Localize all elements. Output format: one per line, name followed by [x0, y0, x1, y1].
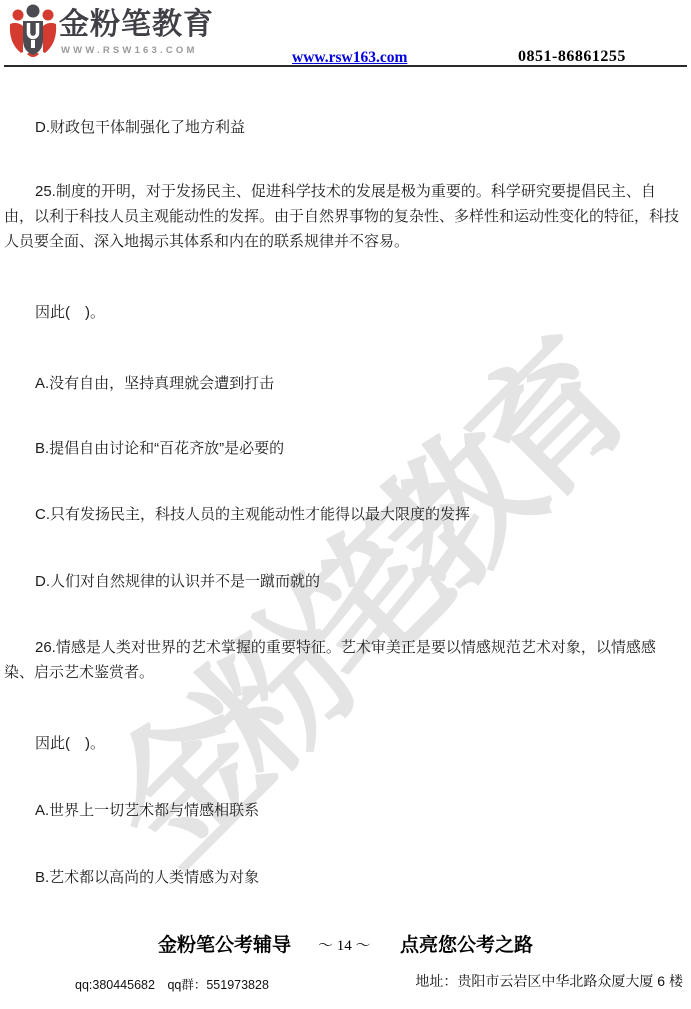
footer-slogan: 点亮您公考之路	[400, 930, 533, 957]
question-25-option-a: A.没有自由，坚持真理就会遭到打击	[4, 371, 685, 396]
brand-title: 金粉笔教育	[59, 8, 214, 42]
question-25-option-d: D.人们对自然规律的认识并不是一蹴而就的	[4, 569, 685, 594]
question-25-option-c: C.只有发扬民主，科技人员的主观能动性才能得以最大限度的发挥	[4, 502, 685, 527]
prev-question-option-d: D.财政包干体制强化了地方利益	[4, 115, 685, 140]
brand-logo-icon	[8, 4, 58, 60]
header-divider	[4, 65, 687, 67]
page-number: ～ 14 ～	[318, 934, 371, 955]
question-25-prompt: 因此( )。	[4, 300, 685, 325]
question-26-option-b: B.艺术都以高尚的人类情感为对象	[4, 865, 685, 890]
question-25-stem: 25.制度的开明，对于发扬民主、促进科学技术的发展是极为重要的。科学研究要提倡民…	[4, 179, 685, 254]
qq-contact: qq:380445682 qq群：551973828	[75, 975, 269, 993]
brand-tagline: WWW.RSW163.COM	[61, 45, 198, 56]
question-26-option-a: A.世界上一切艺术都与情感相联系	[4, 798, 685, 823]
address: 地址：贵阳市云岩区中华北路众厦大厦 6 楼	[415, 971, 683, 991]
question-26-stem: 26.情感是人类对世界的艺术掌握的重要特征。艺术审美正是要以情感规范艺术对象，以…	[4, 635, 685, 685]
phone-number: 0851-86861255	[518, 48, 626, 66]
question-25-option-b: B.提倡自由讨论和“百花齐放”是必要的	[4, 436, 685, 461]
document-page: 金粉笔教育 WWW.RSW163.COM www.rsw163.com 0851…	[0, 0, 691, 1009]
question-26-prompt: 因此( )。	[4, 731, 685, 756]
footer-brand: 金粉笔公考辅导	[158, 930, 291, 957]
